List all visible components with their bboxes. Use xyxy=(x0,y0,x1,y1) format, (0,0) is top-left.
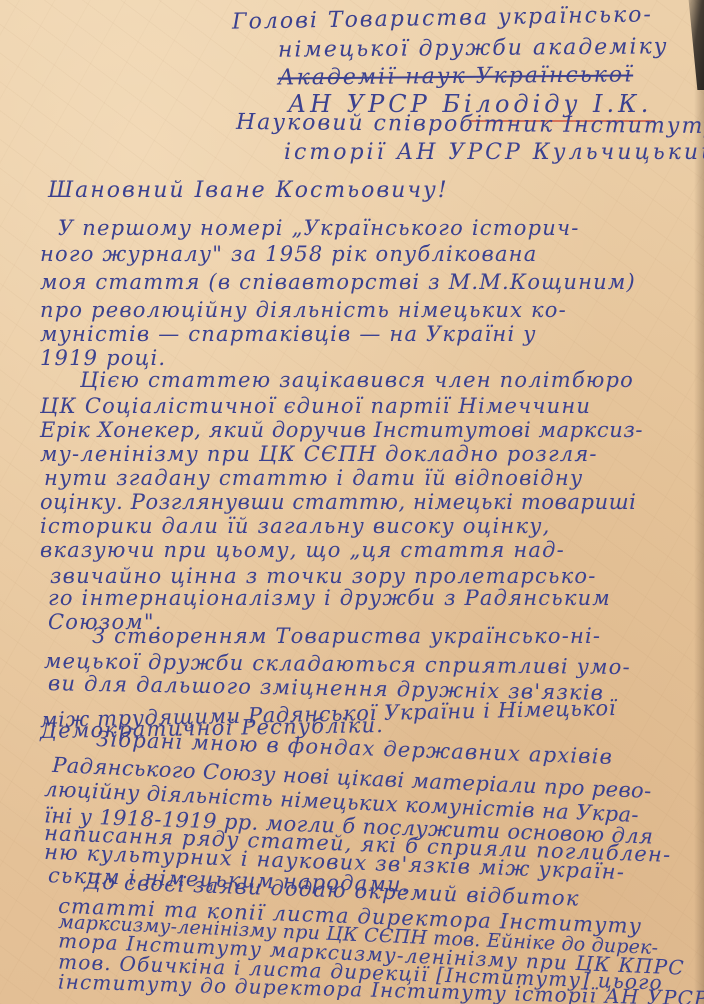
addressee-line-3-struck: Академії наук Української xyxy=(278,64,633,89)
salutation: Шановний Іване Костьовичу! xyxy=(48,180,449,202)
addressee-line-2: німецької дружби академіку xyxy=(278,36,669,61)
body-line: З створенням Товариства українсько-ні- xyxy=(92,626,601,647)
body-line: про революційну діяльність німецьких ко- xyxy=(40,300,567,321)
body-line: моя стаття (в співавторстві з М.М.Кощини… xyxy=(40,272,636,293)
body-line: У першому номері „Українського історич- xyxy=(58,218,580,239)
letter-page: Голові Товариства українсько- німецької … xyxy=(0,0,704,1004)
body-line: звичайно цінна з точки зору пролетарсько… xyxy=(50,566,597,587)
body-line: історики дали їй загальну високу оцінку, xyxy=(40,516,550,537)
scan-corner-shadow xyxy=(682,0,704,90)
body-line: оцінку. Розглянувши статтю, німецькі тов… xyxy=(40,492,637,513)
body-line: вказуючи при цьому, що „ця стаття над- xyxy=(40,540,565,561)
sender-line-1: Науковий співробітник Інституту xyxy=(236,112,704,138)
body-line: Ерік Хонекер, який доручив Інститутові м… xyxy=(40,420,643,441)
body-line: муністів — спартаківців — на Україні у xyxy=(40,324,537,345)
body-line: нути згадану статтю і дати їй відповідну xyxy=(44,468,583,489)
body-line: Цією статтею зацікавився член політбюро xyxy=(80,370,634,391)
body-line: го інтернаціоналізму і дружби з Радянськ… xyxy=(48,588,611,609)
addressee-line-1: Голові Товариства українсько- xyxy=(232,4,653,33)
body-line: ЦК Соціалістичної єдиної партії Німеччин… xyxy=(40,396,591,417)
body-line: му-ленінізму при ЦК СЄПН докладно розгля… xyxy=(40,444,598,465)
body-line: ного журналу" за 1958 рік опублікована xyxy=(40,244,537,265)
sender-line-2: історії АН УРСР Кульчицький І.М. xyxy=(284,142,704,164)
body-line: 1919 році. xyxy=(40,348,166,369)
